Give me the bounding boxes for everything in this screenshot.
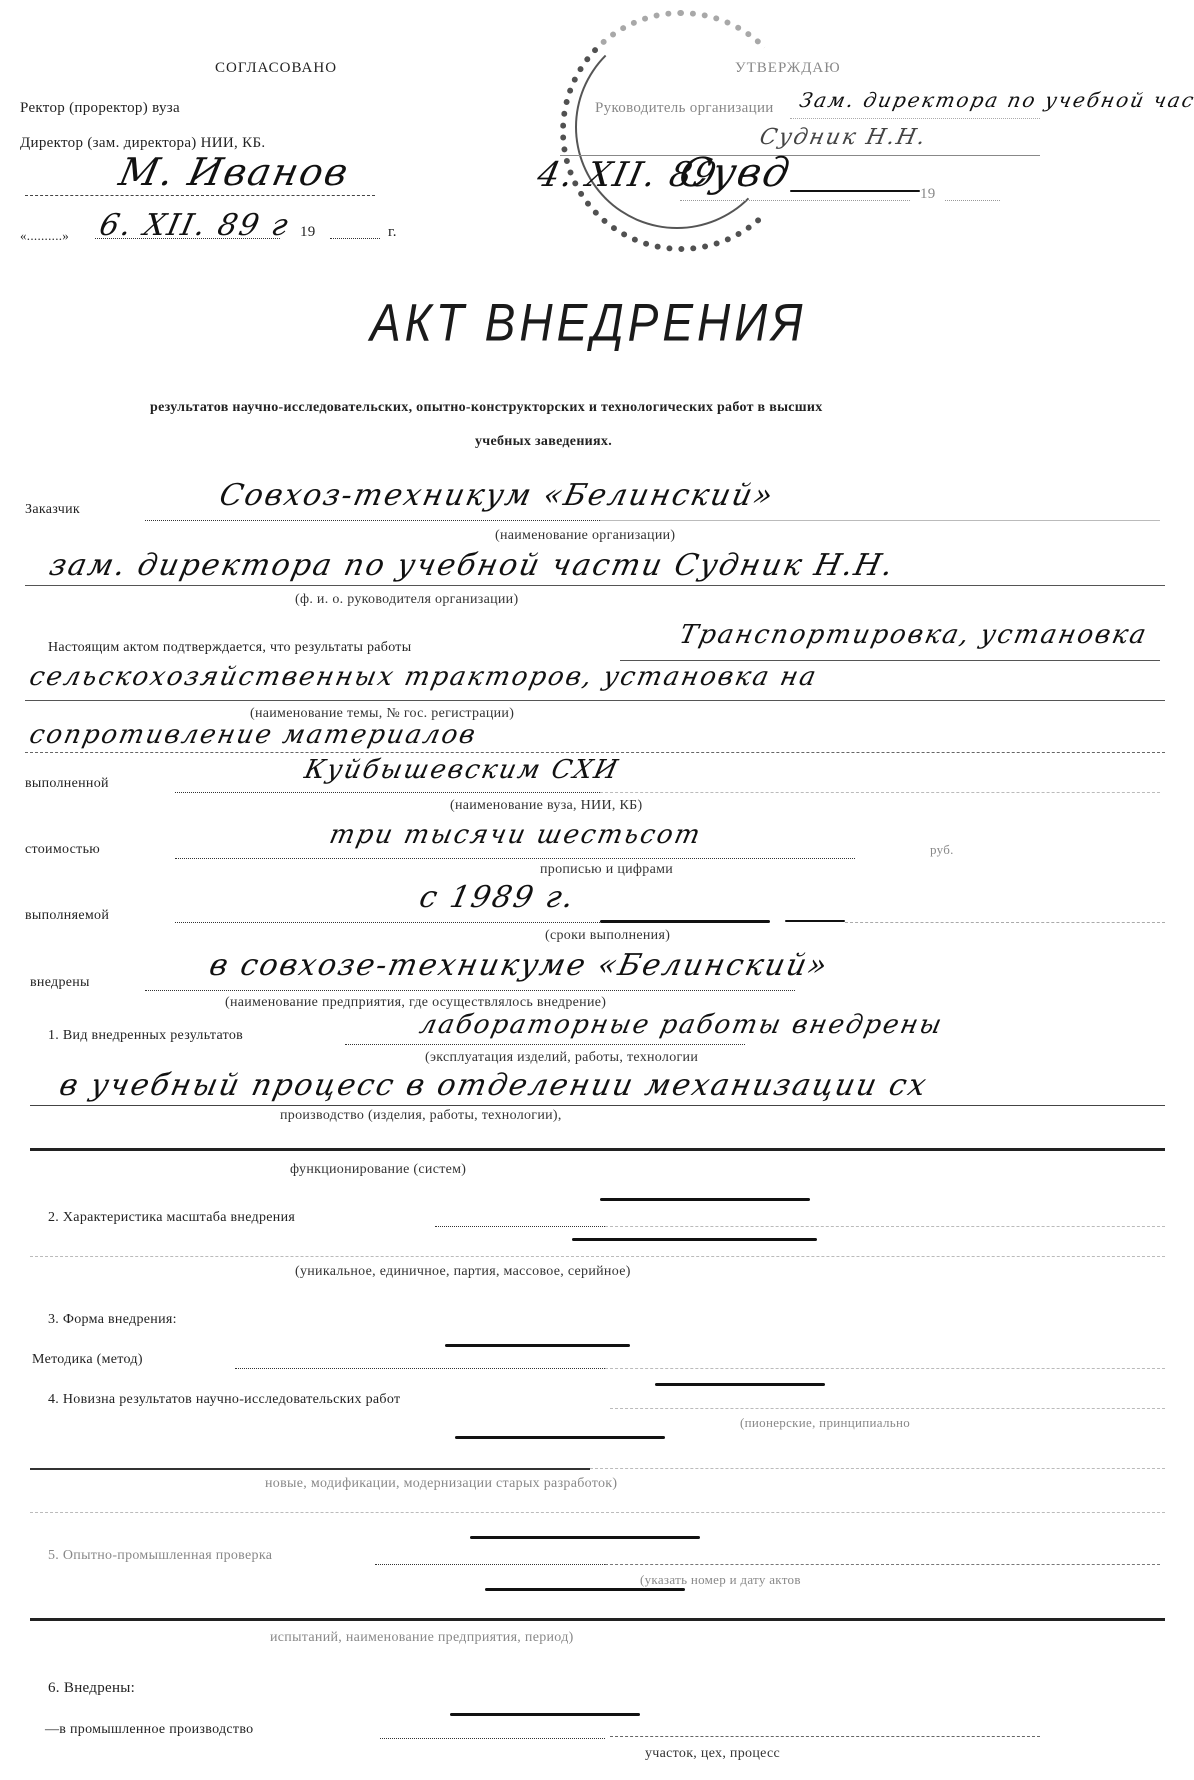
section3-label: 3. Форма внедрения:	[48, 1312, 177, 1328]
confirm-line-2	[25, 700, 1165, 701]
section2-line-2	[30, 1256, 1165, 1257]
head-name: Судник Н.Н.	[757, 125, 929, 150]
head-year-dots	[945, 200, 1000, 201]
head-org-label: Руководитель организации	[595, 100, 774, 117]
customer-hint: (наименование организации)	[495, 528, 675, 544]
section2-label: 2. Характеристика масштаба внедрения	[48, 1210, 295, 1226]
method-line	[605, 1368, 1165, 1369]
signature-line	[25, 195, 375, 196]
year-prefix: 19	[300, 224, 316, 241]
executed-label: выполняемой	[25, 908, 109, 924]
section1-label: 1. Вид внедренных результатов	[48, 1028, 243, 1044]
section2-hint: (уникальное, единичное, партия, массовое…	[295, 1264, 631, 1280]
confirm-line-1	[620, 660, 1160, 661]
section5-label: 5. Опытно-промышленная проверка	[48, 1548, 272, 1564]
confirm-value-1: Транспортировка, установка	[677, 620, 1151, 650]
head-hint: (ф. и. о. руководителя организации)	[295, 592, 518, 608]
section4-strike-2	[455, 1436, 665, 1439]
section5-strike-2	[485, 1588, 685, 1591]
executed-dots	[175, 922, 600, 923]
implemented-dots	[145, 990, 795, 991]
section5-strike-1	[470, 1536, 700, 1539]
section1-line-3	[30, 1148, 1165, 1151]
date-quote: «..........»	[20, 228, 69, 244]
section1-line-2	[30, 1105, 1165, 1106]
section5-top-line	[30, 1512, 1165, 1513]
section6-strike	[450, 1713, 640, 1716]
executed-strike-1	[600, 920, 770, 923]
section5-line	[605, 1564, 1160, 1565]
section5-hint: испытаний, наименование предприятия, пер…	[270, 1630, 574, 1646]
confirm-value-2: сельскохозяйственных тракторов, установк…	[27, 662, 821, 692]
performed-dots	[175, 792, 600, 793]
executed-strike-2	[785, 920, 845, 922]
confirm-line-3	[25, 752, 1165, 753]
section4-hint: новые, модификации, модернизации старых …	[265, 1476, 617, 1492]
head-name-value: зам. директора по учебной части Судник Н…	[46, 548, 898, 583]
cost-hint: прописью и цифрами	[540, 862, 673, 878]
section2-strike-1	[600, 1198, 810, 1201]
section4-line-2	[30, 1468, 590, 1470]
customer-label: Заказчик	[25, 502, 80, 518]
head-date-dots	[680, 200, 910, 201]
method-label: Методика (метод)	[32, 1352, 143, 1368]
head-signature: Сувд	[675, 150, 795, 196]
cost-suffix: руб.	[930, 842, 954, 858]
confirm-value-3: сопротивление материалов	[27, 720, 480, 750]
section4-line	[610, 1408, 1165, 1409]
head-position: Зам. директора по учебной части	[797, 88, 1194, 112]
rector-signature: М. Иванов	[115, 150, 353, 194]
section6-dots	[380, 1738, 605, 1739]
section2-line	[605, 1226, 1165, 1227]
section1-dots	[345, 1044, 745, 1045]
performed-label: выполненной	[25, 776, 109, 792]
head-year-prefix: 19	[920, 186, 936, 203]
executed-value: с 1989 г.	[416, 880, 578, 915]
section1-value-2: в учебный процесс в отделении механизаци…	[56, 1068, 931, 1103]
section2-strike-2	[572, 1238, 817, 1241]
position-dots	[790, 118, 1040, 119]
section6-line	[610, 1736, 1040, 1737]
section2-dots	[435, 1226, 605, 1227]
cost-dots	[175, 858, 855, 859]
method-dots	[235, 1368, 605, 1369]
performed-line	[600, 792, 1160, 793]
subtitle-line2: учебных заведениях.	[475, 434, 612, 450]
performed-hint: (наименование вуза, НИИ, КБ)	[450, 798, 642, 814]
section5-line-2	[30, 1618, 1165, 1621]
document-title: АКТ ВНЕДРЕНИЯ	[370, 291, 807, 353]
year-dots	[330, 238, 380, 239]
cost-label: стоимостью	[25, 842, 100, 858]
section4-hint-top: (пионерские, принципиально	[740, 1415, 910, 1431]
rector-label: Ректор (проректор) вуза	[20, 100, 180, 117]
executed-hint: (сроки выполнения)	[545, 928, 670, 944]
section4-strike-1	[655, 1383, 825, 1386]
section1-hint-2: производство (изделия, работы, технологи…	[280, 1108, 562, 1124]
customer-dots	[145, 520, 600, 521]
section1-value-1: лабораторные работы внедрены	[417, 1010, 946, 1040]
subtitle-line1: результатов научно-исследовательских, оп…	[150, 400, 823, 416]
head-line	[25, 585, 1165, 586]
confirm-label: Настоящим актом подтверждается, что резу…	[48, 640, 411, 656]
section4-line-3	[590, 1468, 1165, 1469]
section4-label: 4. Новизна результатов научно-исследоват…	[48, 1392, 400, 1408]
executed-line	[845, 922, 1165, 923]
customer-line	[600, 520, 1160, 521]
section1-hint-3: функционирование (систем)	[290, 1162, 466, 1178]
approval-heading: СОГЛАСОВАНО	[215, 60, 337, 77]
section6-item1-label: —в промышленное производство	[45, 1722, 253, 1738]
implemented-value: в совхозе-техникуме «Белинский»	[206, 948, 832, 983]
year-suffix: г.	[388, 224, 397, 241]
customer-value: Совхоз-техникум «Белинский»	[216, 478, 777, 513]
cost-value: три тысячи шестьсот	[327, 820, 705, 850]
implemented-hint: (наименование предприятия, где осуществл…	[225, 995, 606, 1011]
section5-hint-top: (указать номер и дату актов	[640, 1572, 801, 1588]
section1-hint-1: (эксплуатация изделий, работы, технологи…	[425, 1050, 698, 1066]
section3-strike	[445, 1344, 630, 1347]
implemented-label: внедрены	[30, 975, 90, 991]
section6-item1-hint: участок, цех, процесс	[645, 1746, 780, 1762]
approve-heading: УТВЕРЖДАЮ	[735, 60, 841, 77]
performed-value: Куйбышевским СХИ	[302, 755, 622, 785]
section6-label: 6. Внедрены:	[48, 1680, 135, 1697]
date-dots	[95, 238, 280, 239]
signature-stroke	[790, 190, 920, 192]
section5-dots	[375, 1564, 605, 1565]
round-seal-inner-ring	[575, 25, 779, 229]
